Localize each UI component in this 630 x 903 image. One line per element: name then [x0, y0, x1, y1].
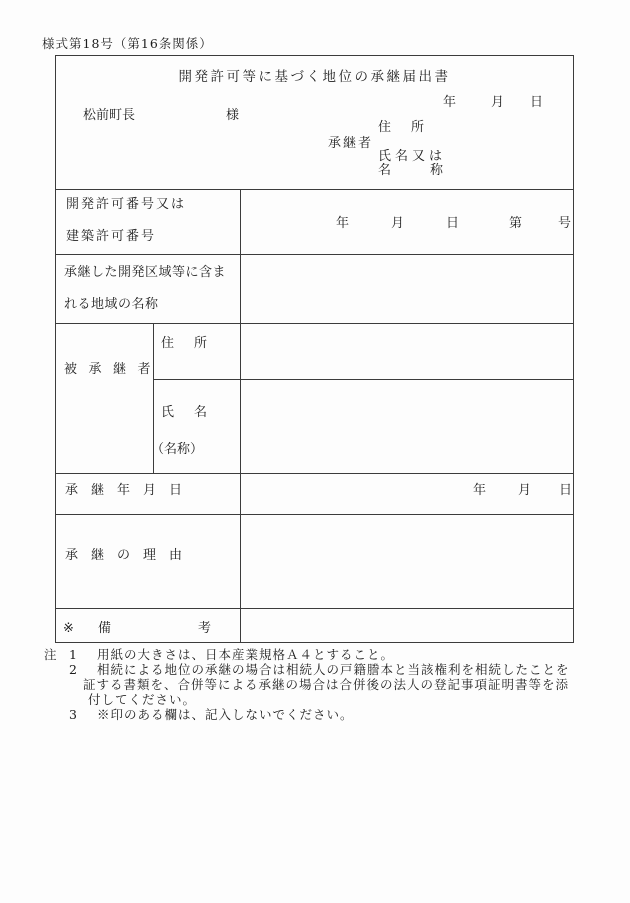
- form-title: 開発許可等に基づく地位の承継届出書: [56, 65, 573, 85]
- addressee-name: 松前町長: [83, 108, 135, 124]
- permit-number-prefix: 第: [509, 216, 522, 232]
- predecessor-name-value-cell: [246, 405, 566, 465]
- succession-date-year-placeholder: 年: [473, 483, 486, 499]
- row-divider-4: [56, 473, 573, 474]
- predecessor-label: 被承継者: [64, 362, 162, 378]
- permit-number-label-line2: 建築許可番号: [66, 229, 156, 245]
- note-1-number: 1: [69, 647, 78, 662]
- succession-date-month-placeholder: 月: [518, 483, 531, 499]
- successor-address-label: 住所: [378, 120, 444, 136]
- header-date-day-placeholder: 日: [530, 95, 543, 111]
- document-page: { "page": { "form_number": "様式第18号（第16条関…: [0, 0, 630, 903]
- row-divider-3: [56, 323, 573, 324]
- predecessor-name-paren-label: （名称）: [151, 442, 203, 458]
- note-1-text: 用紙の大きさは、日本産業規格Ａ４とすること。: [97, 647, 394, 662]
- remarks-mark: ※: [63, 621, 74, 637]
- succession-date-label: 承継年月日: [65, 483, 195, 499]
- succession-date-day-placeholder: 日: [559, 483, 572, 499]
- note-2-text-line3: 付してください。: [88, 692, 196, 707]
- form-table: 開発許可等に基づく地位の承継届出書 年 月 日 松前町長 様 承継者 住所 氏名…: [55, 55, 574, 643]
- area-name-label-line1: 承継した開発区域等に含ま: [64, 265, 226, 281]
- permit-number-suffix: 号: [558, 216, 571, 232]
- header-date-year-placeholder: 年: [443, 95, 456, 111]
- note-2-text-line1: 相続による地位の承継の場合は相続人の戸籍謄本と当該権利を相続したことを: [97, 662, 570, 677]
- row-divider-5: [56, 514, 573, 515]
- note-2-number: 2: [69, 662, 78, 677]
- permit-number-label-line1: 開発許可番号又は: [66, 197, 186, 213]
- area-name-label-line2: れる地域の名称: [64, 297, 159, 313]
- row-divider-6: [56, 608, 573, 609]
- form-number: 様式第18号（第16条関係）: [42, 36, 213, 51]
- successor-name-label-line2: 名称: [378, 163, 482, 179]
- header-date-month-placeholder: 月: [491, 95, 504, 111]
- predecessor-subrow-divider: [153, 379, 574, 380]
- successor-role-label: 承継者: [328, 136, 373, 152]
- note-3-text: ※印のある欄は、記入しないでください。: [97, 707, 354, 722]
- predecessor-name-label: 氏名: [161, 405, 227, 421]
- permit-date-day-placeholder: 日: [446, 216, 459, 232]
- note-2-text-line2: 証する書類を、合併等による承継の場合は合併後の法人の登記事項証明書等を添: [83, 677, 569, 692]
- permit-date-year-placeholder: 年: [336, 216, 349, 232]
- succession-reason-value-cell: [246, 521, 566, 601]
- area-name-value-cell: [246, 261, 566, 316]
- permit-date-month-placeholder: 月: [391, 216, 404, 232]
- row-divider-2: [56, 254, 573, 255]
- notes-marker: 注: [44, 647, 58, 662]
- predecessor-address-label: 住所: [161, 336, 227, 352]
- remarks-value-cell: [246, 613, 566, 641]
- predecessor-address-value-cell: [246, 336, 566, 372]
- row-divider-1: [56, 189, 573, 190]
- label-column-divider: [240, 189, 241, 643]
- note-3-number: 3: [69, 707, 78, 722]
- succession-reason-label: 承継の理由: [65, 548, 195, 564]
- addressee-honorific: 様: [226, 108, 239, 124]
